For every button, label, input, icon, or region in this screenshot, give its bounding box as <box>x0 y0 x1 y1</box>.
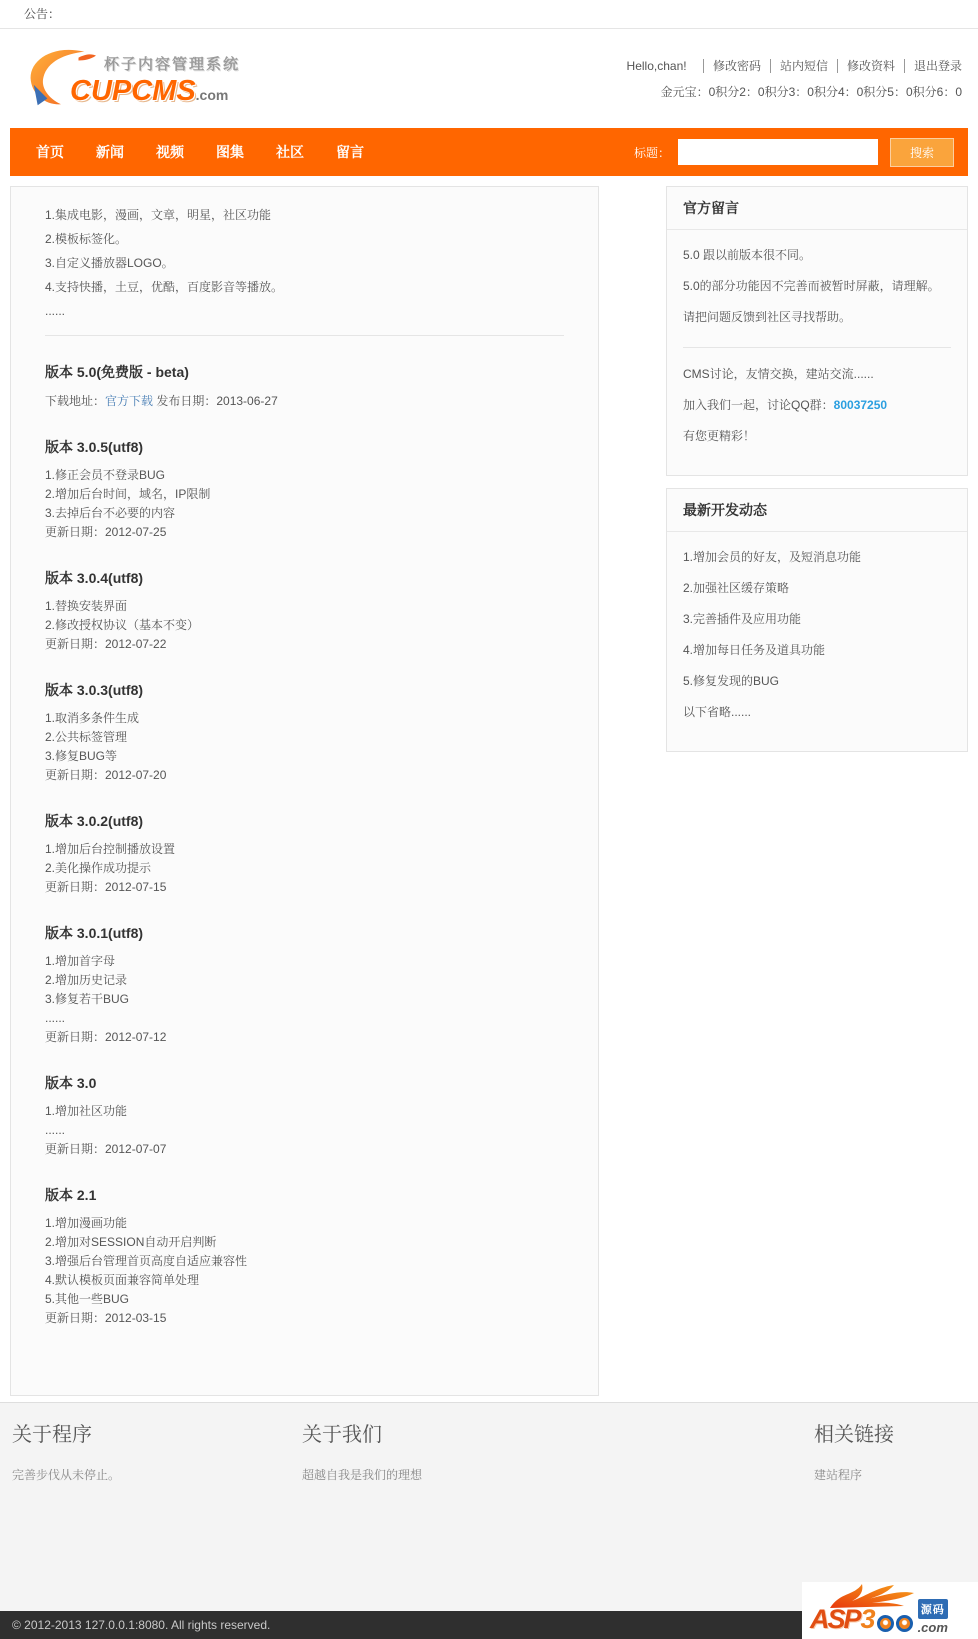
logo-brand: CUPCMS <box>70 75 196 107</box>
nav-item[interactable]: 首页 <box>20 142 80 162</box>
user-link[interactable]: 退出登录 <box>904 59 962 73</box>
version-title: 版本 3.0.4(utf8) <box>45 568 564 588</box>
feature-intro-item: 4.支持快播，土豆，优酷，百度影音等播放。 <box>45 275 564 299</box>
change-item: 1.增加后台控制播放设置 <box>45 840 564 859</box>
official-message-panel: 官方留言 5.0 跟以前版本很不同。5.0的部分功能因不完善而被暂时屏蔽，请理解… <box>666 186 968 476</box>
change-item: 1.取消多条件生成 <box>45 709 564 728</box>
user-links-row: Hello,chan! 修改密码站内短信修改资料退出登录 <box>627 53 962 79</box>
zero-eye-icon <box>877 1615 894 1632</box>
version-section: 版本 3.0.3(utf8) 1.取消多条件生成2.公共标签管理3.修复BUG等… <box>45 680 564 785</box>
search-input[interactable] <box>678 139 878 165</box>
change-list: 1.替换安装界面2.修改授权协议（基本不变） <box>45 597 564 635</box>
zero-eye-icon <box>896 1615 913 1632</box>
version-section: 版本 3.0.2(utf8) 1.增加后台控制播放设置2.美化操作成功提示 更新… <box>45 811 564 897</box>
version-title: 版本 3.0 <box>45 1073 564 1093</box>
change-item: ...... <box>45 1121 564 1140</box>
nav-item[interactable]: 留言 <box>320 142 380 162</box>
change-item: 1.修正会员不登录BUG <box>45 466 564 485</box>
official-paras2: CMS讨论，友情交换，建站交流...... <box>683 366 951 382</box>
version-section: 版本 5.0(免费版 - beta) 下载地址：官方下载 发布日期：2013-0… <box>45 362 564 411</box>
change-item: ...... <box>45 1009 564 1028</box>
divider <box>683 347 951 348</box>
change-item: 3.增强后台管理首页高度自适应兼容性 <box>45 1252 564 1271</box>
footer-col-about-program: 关于程序 完善步伐从未停止。 <box>12 1403 302 1483</box>
change-item: 2.公共标签管理 <box>45 728 564 747</box>
dev-news-item: 5.修复发现的BUG <box>683 673 951 689</box>
change-item: 2.增加对SESSION自动开启判断 <box>45 1233 564 1252</box>
logo-tld: .com <box>196 87 229 103</box>
official-message-body: 5.0 跟以前版本很不同。5.0的部分功能因不完善而被暂时屏蔽，请理解。请把问题… <box>667 230 967 475</box>
footer-col-text: 超越自我是我们的理想 <box>302 1466 732 1483</box>
dev-news-item: 1.增加会员的好友，及短消息功能 <box>683 549 951 565</box>
user-link[interactable]: 修改资料 <box>837 59 895 73</box>
user-greeting: Hello,chan! <box>627 59 687 73</box>
change-item: 1.替换安装界面 <box>45 597 564 616</box>
logo-text: 杯子内容管理系统 CUPCMS.com <box>70 53 240 108</box>
change-item: 1.增加社区功能 <box>45 1102 564 1121</box>
changelog-panel: 1.集成电影，漫画，文章，明星，社区功能2.模板标签化。3.自定义播放器LOGO… <box>10 186 599 1396</box>
dev-news-title: 最新开发动态 <box>667 489 967 532</box>
com-text: .com <box>918 1620 948 1635</box>
download-line: 下载地址：官方下载 发布日期：2013-06-27 <box>45 391 564 411</box>
version-title: 版本 5.0(免费版 - beta) <box>45 362 564 382</box>
footer-col-text: 完善步伐从未停止。 <box>12 1466 302 1483</box>
dev-news-panel: 最新开发动态 1.增加会员的好友，及短消息功能2.加强社区缓存策略3.完善插件及… <box>666 488 968 752</box>
change-list: 1.增加后台控制播放设置2.美化操作成功提示 <box>45 840 564 878</box>
footer-col-links: 相关链接 建站程序 <box>732 1403 966 1483</box>
qq-line: 加入我们一起，讨论QQ群：80037250 <box>683 397 951 413</box>
footer-link[interactable]: 建站程序 <box>814 1468 862 1482</box>
version-section: 版本 3.0.4(utf8) 1.替换安装界面2.修改授权协议（基本不变） 更新… <box>45 568 564 654</box>
update-date: 更新日期：2012-07-12 <box>45 1028 564 1047</box>
qq-prefix: 加入我们一起，讨论QQ群： <box>683 398 834 412</box>
version-title: 版本 3.0.5(utf8) <box>45 437 564 457</box>
yuanma-badge: 源码 <box>918 1599 948 1619</box>
user-bar: Hello,chan! 修改密码站内短信修改资料退出登录 金元宝：0积分2：0积… <box>627 53 962 105</box>
official-para: CMS讨论，友情交换，建站交流...... <box>683 366 951 382</box>
feature-intro-list: 1.集成电影，漫画，文章，明星，社区功能2.模板标签化。3.自定义播放器LOGO… <box>45 203 564 323</box>
sidebar: 官方留言 5.0 跟以前版本很不同。5.0的部分功能因不完善而被暂时屏蔽，请理解… <box>666 186 968 764</box>
change-item: 1.增加首字母 <box>45 952 564 971</box>
user-link[interactable]: 站内短信 <box>770 59 828 73</box>
version-title: 版本 3.0.3(utf8) <box>45 680 564 700</box>
dev-news-list: 1.增加会员的好友，及短消息功能2.加强社区缓存策略3.完善插件及应用功能4.增… <box>667 532 967 751</box>
nav-item[interactable]: 新闻 <box>80 142 140 162</box>
nav-item[interactable]: 图集 <box>200 142 260 162</box>
version-section: 版本 2.1 1.增加漫画功能2.增加对SESSION自动开启判断3.增强后台管… <box>45 1185 564 1328</box>
main-nav: 首页新闻视频图集社区留言 标题： 搜索 <box>10 128 968 176</box>
digit-3: 3 <box>861 1604 875 1635</box>
official-paras: 5.0 跟以前版本很不同。5.0的部分功能因不完善而被暂时屏蔽，请理解。请把问题… <box>683 247 951 325</box>
footer-col-title: 关于程序 <box>12 1418 302 1447</box>
site-logo[interactable]: 杯子内容管理系统 CUPCMS.com <box>22 44 240 114</box>
change-item: 2.增加历史记录 <box>45 971 564 990</box>
version-section: 版本 3.0 1.增加社区功能...... 更新日期：2012-07-07 <box>45 1073 564 1159</box>
user-points: 金元宝：0积分2：0积分3：0积分4：0积分5：0积分6：0 <box>627 79 962 105</box>
user-links: 修改密码站内短信修改资料退出登录 <box>694 59 962 73</box>
divider <box>45 335 564 336</box>
logo-tagline: 杯子内容管理系统 <box>70 53 240 74</box>
user-link[interactable]: 修改密码 <box>703 59 761 73</box>
dev-news-item: 2.加强社区缓存策略 <box>683 580 951 596</box>
change-list: 1.增加首字母2.增加历史记录3.修复若干BUG...... <box>45 952 564 1028</box>
qq-group-link[interactable]: 80037250 <box>834 398 887 412</box>
feature-intro-item: ...... <box>45 299 564 323</box>
update-date: 更新日期：2012-07-15 <box>45 878 564 897</box>
asp300-logo: ASP3 源码 .com <box>810 1599 948 1635</box>
release-date: 发布日期：2013-06-27 <box>153 394 278 408</box>
asp300-right: 源码 .com <box>918 1599 948 1635</box>
change-item: 3.修复若干BUG <box>45 990 564 1009</box>
asp300-watermark: ASP3 源码 .com <box>802 1582 978 1639</box>
official-para: 5.0的部分功能因不完善而被暂时屏蔽，请理解。 <box>683 278 951 294</box>
nav-search: 标题： 搜索 <box>634 138 954 167</box>
update-date: 更新日期：2012-07-25 <box>45 523 564 542</box>
search-button[interactable]: 搜索 <box>890 138 954 167</box>
version-section: 版本 3.0.1(utf8) 1.增加首字母2.增加历史记录3.修复若干BUG.… <box>45 923 564 1047</box>
search-label: 标题： <box>634 144 670 161</box>
logo-brandline: CUPCMS.com <box>70 75 240 108</box>
change-item: 2.增加后台时间，域名，IP限制 <box>45 485 564 504</box>
change-list: 1.增加社区功能...... <box>45 1102 564 1140</box>
version-section: 版本 3.0.5(utf8) 1.修正会员不登录BUG2.增加后台时间，域名，I… <box>45 437 564 542</box>
official-para: 请把问题反馈到社区寻找帮助。 <box>683 309 951 325</box>
footer-columns: 关于程序 完善步伐从未停止。 关于我们 超越自我是我们的理想 相关链接 建站程序 <box>0 1403 978 1483</box>
dev-news-item: 以下省略...... <box>683 704 951 720</box>
change-item: 2.美化操作成功提示 <box>45 859 564 878</box>
download-link[interactable]: 官方下载 <box>105 394 153 408</box>
version-title: 版本 3.0.2(utf8) <box>45 811 564 831</box>
page: 公告： 杯子内容管理系统 CUPCMS.com <box>0 0 978 1639</box>
official-para: 5.0 跟以前版本很不同。 <box>683 247 951 263</box>
footer-col-title: 相关链接 <box>814 1418 966 1447</box>
feature-intro-item: 1.集成电影，漫画，文章，明星，社区功能 <box>45 203 564 227</box>
asp-text: ASP <box>810 1604 860 1635</box>
change-list: 1.取消多条件生成2.公共标签管理3.修复BUG等 <box>45 709 564 766</box>
official-closing: 有您更精彩！ <box>683 428 951 444</box>
change-list: 1.增加漫画功能2.增加对SESSION自动开启判断3.增强后台管理首页高度自适… <box>45 1214 564 1309</box>
change-item: 4.默认模板页面兼容简单处理 <box>45 1271 564 1290</box>
content: 1.集成电影，漫画，文章，明星，社区功能2.模板标签化。3.自定义播放器LOGO… <box>0 176 978 1402</box>
header: 杯子内容管理系统 CUPCMS.com Hello,chan! 修改密码站内短信… <box>0 29 978 128</box>
nav-menu: 首页新闻视频图集社区留言 <box>10 142 380 162</box>
update-date: 更新日期：2012-03-15 <box>45 1309 564 1328</box>
change-item: 2.修改授权协议（基本不变） <box>45 616 564 635</box>
dev-news-item: 4.增加每日任务及道具功能 <box>683 642 951 658</box>
version-title: 版本 2.1 <box>45 1185 564 1205</box>
nav-item[interactable]: 视频 <box>140 142 200 162</box>
footer-col-title: 关于我们 <box>302 1418 732 1447</box>
footer-col-about-us: 关于我们 超越自我是我们的理想 <box>302 1403 732 1483</box>
download-label: 下载地址： <box>45 394 105 408</box>
change-list: 1.修正会员不登录BUG2.增加后台时间，域名，IP限制3.去掉后台不必要的内容 <box>45 466 564 523</box>
nav-item[interactable]: 社区 <box>260 142 320 162</box>
announcement-bar: 公告： <box>0 0 978 29</box>
footer: 关于程序 完善步伐从未停止。 关于我们 超越自我是我们的理想 相关链接 建站程序 <box>0 1402 978 1611</box>
feature-intro-item: 2.模板标签化。 <box>45 227 564 251</box>
version-sections: 版本 5.0(免费版 - beta) 下载地址：官方下载 发布日期：2013-0… <box>45 362 564 1328</box>
update-date: 更新日期：2012-07-22 <box>45 635 564 654</box>
copyright-text: © 2012-2013 127.0.0.1:8080. All rights r… <box>12 1618 270 1632</box>
update-date: 更新日期：2012-07-20 <box>45 766 564 785</box>
change-item: 1.增加漫画功能 <box>45 1214 564 1233</box>
version-title: 版本 3.0.1(utf8) <box>45 923 564 943</box>
official-message-title: 官方留言 <box>667 187 967 230</box>
feature-intro-item: 3.自定义播放器LOGO。 <box>45 251 564 275</box>
change-item: 3.修复BUG等 <box>45 747 564 766</box>
change-item: 5.其他一些BUG <box>45 1290 564 1309</box>
change-item: 3.去掉后台不必要的内容 <box>45 504 564 523</box>
announcement-label: 公告： <box>24 7 60 21</box>
dev-news-item: 3.完善插件及应用功能 <box>683 611 951 627</box>
update-date: 更新日期：2012-07-07 <box>45 1140 564 1159</box>
